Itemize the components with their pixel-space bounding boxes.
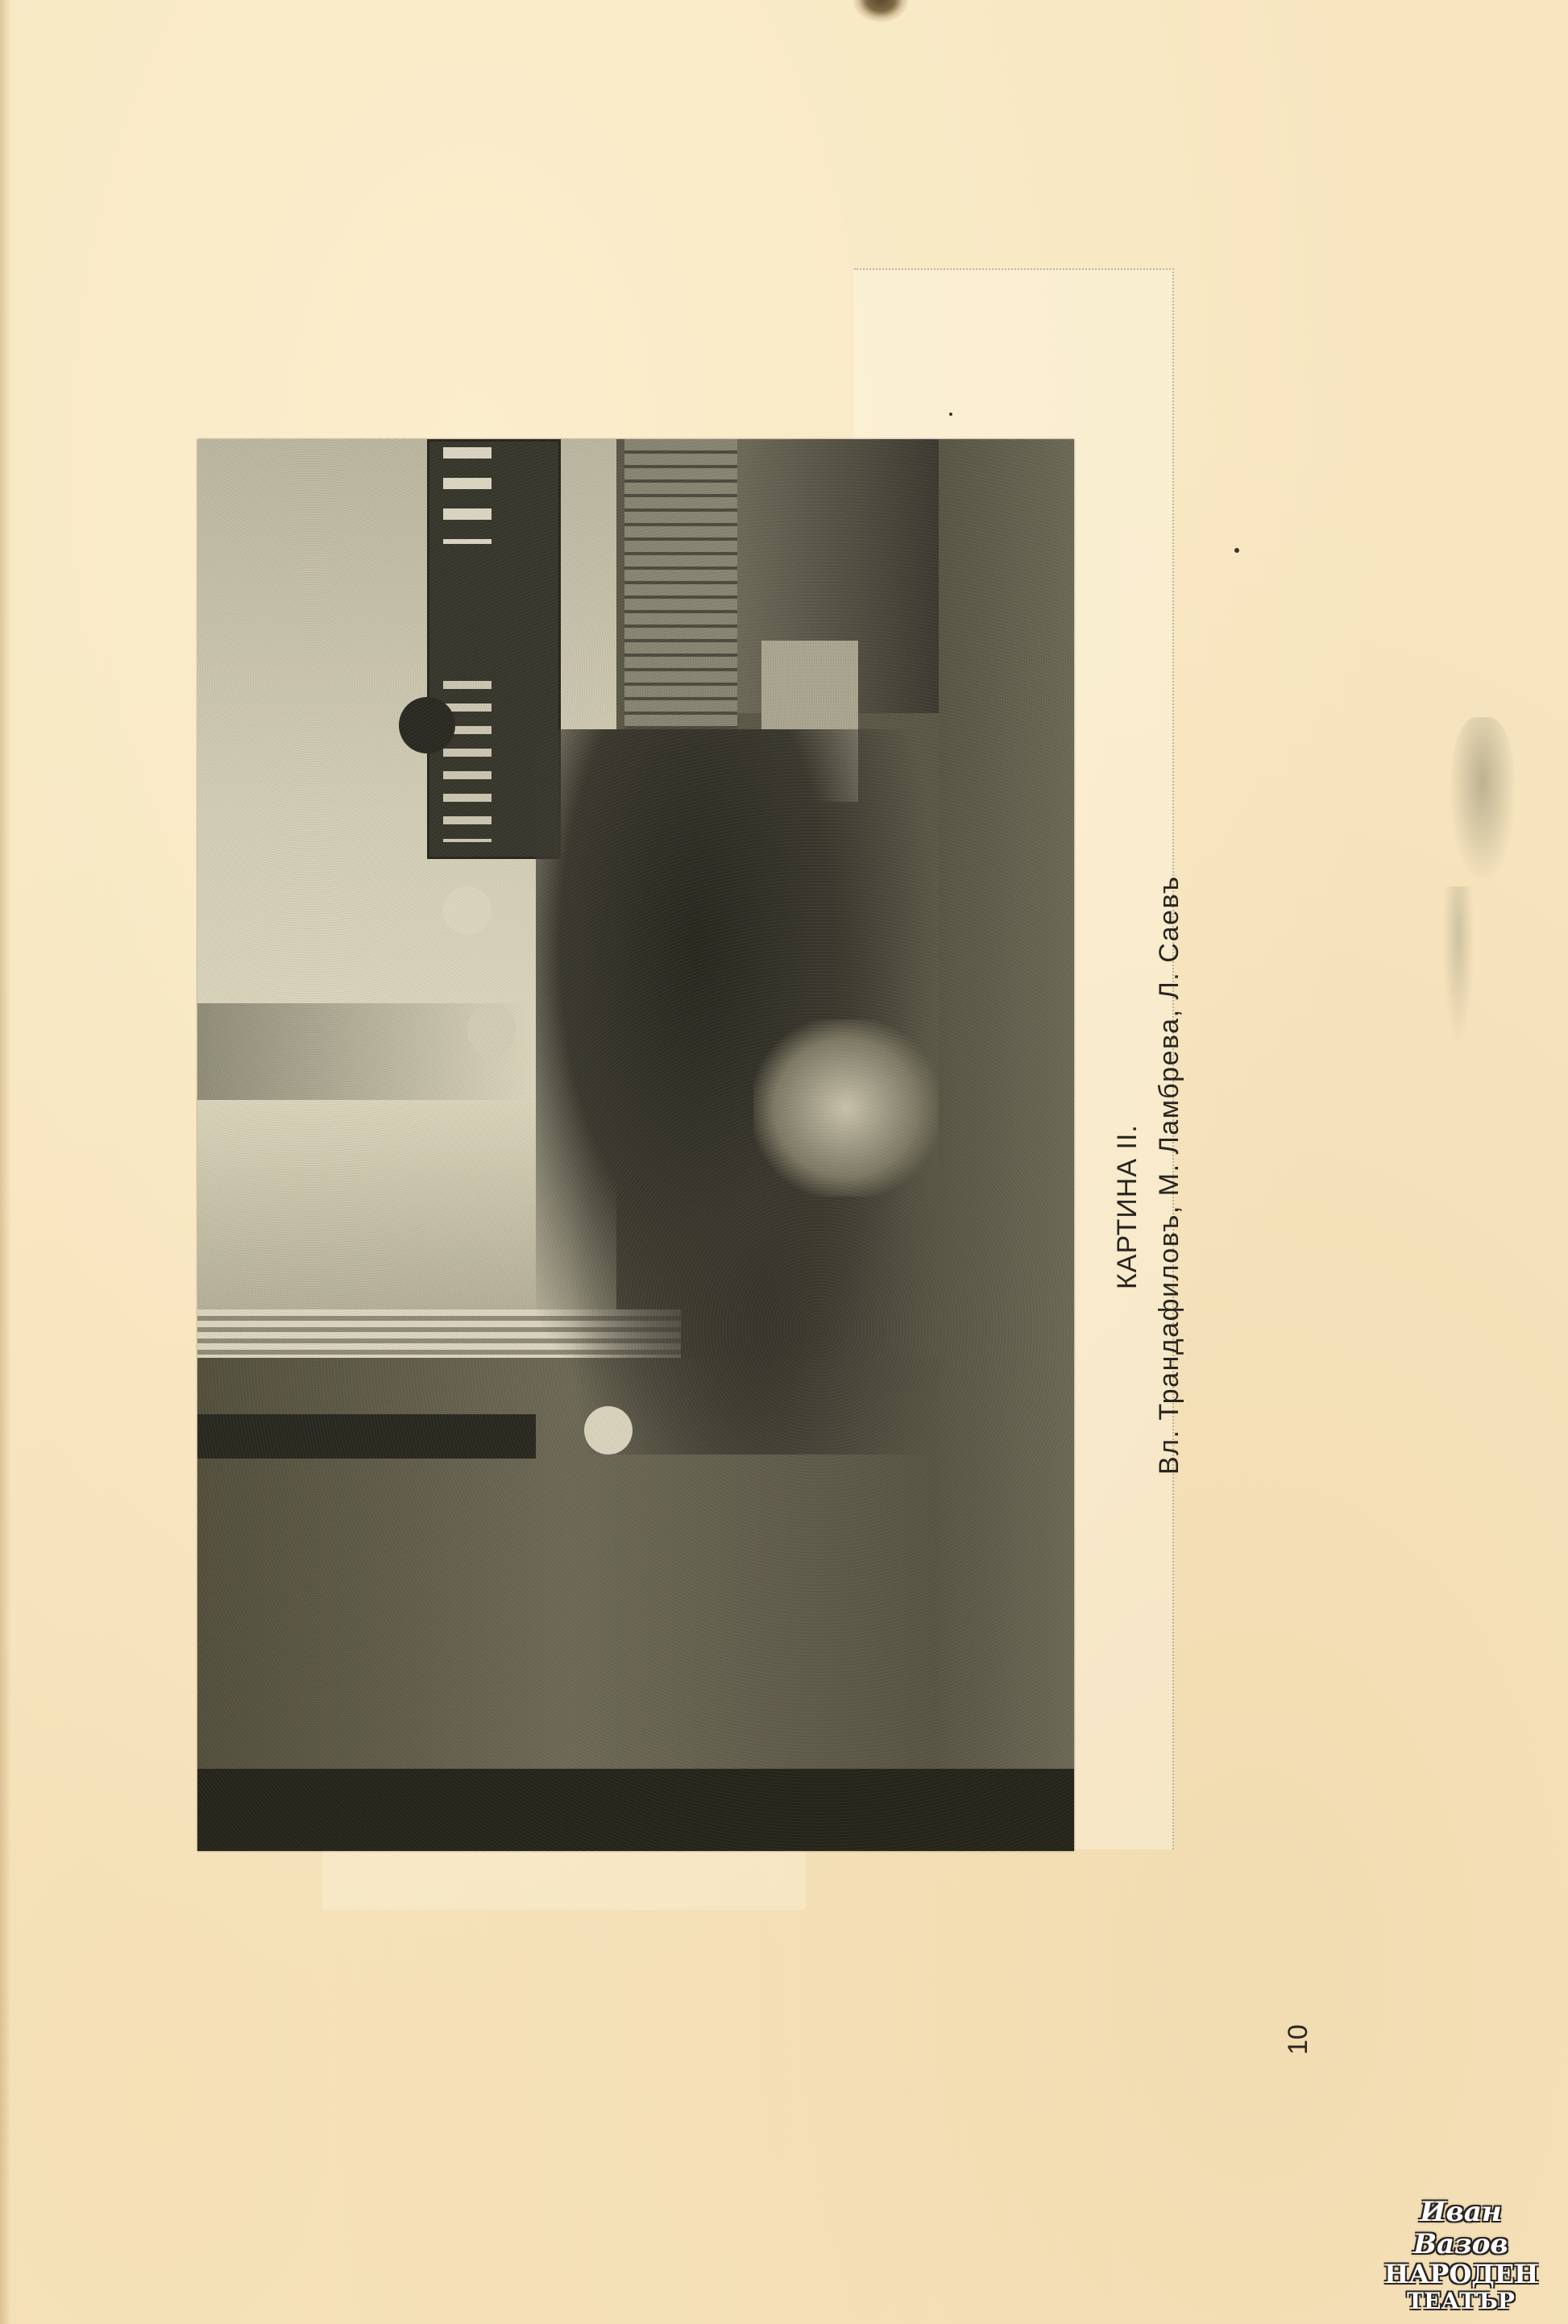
paper-tear (852, 0, 909, 23)
stage-photograph (197, 439, 1074, 1851)
show-through-area (322, 1845, 806, 1910)
page-edge-shadow (0, 0, 11, 2324)
paper-stain (1450, 717, 1515, 878)
caption-cast-names: Вл. Трандафиловъ, М. Ламбрева, Л. Саевъ (1154, 875, 1185, 1475)
ink-speck (1234, 548, 1239, 553)
logo-signature: Иван Вазов (1384, 2196, 1537, 2260)
logo-line-2: ТЕАТЪР (1384, 2288, 1537, 2315)
national-theatre-logo: Иван Вазов НАРОДЕН ТЕАТЪР (1384, 2196, 1537, 2309)
caption-title: КАРТИНА II. (1112, 1124, 1143, 1289)
logo-line-1: НАРОДЕН (1384, 2260, 1537, 2288)
page-number: 10 (1283, 2024, 1314, 2055)
paper-stain (1442, 886, 1475, 1048)
photo-grain (197, 439, 1074, 1851)
ink-speck (949, 413, 952, 416)
